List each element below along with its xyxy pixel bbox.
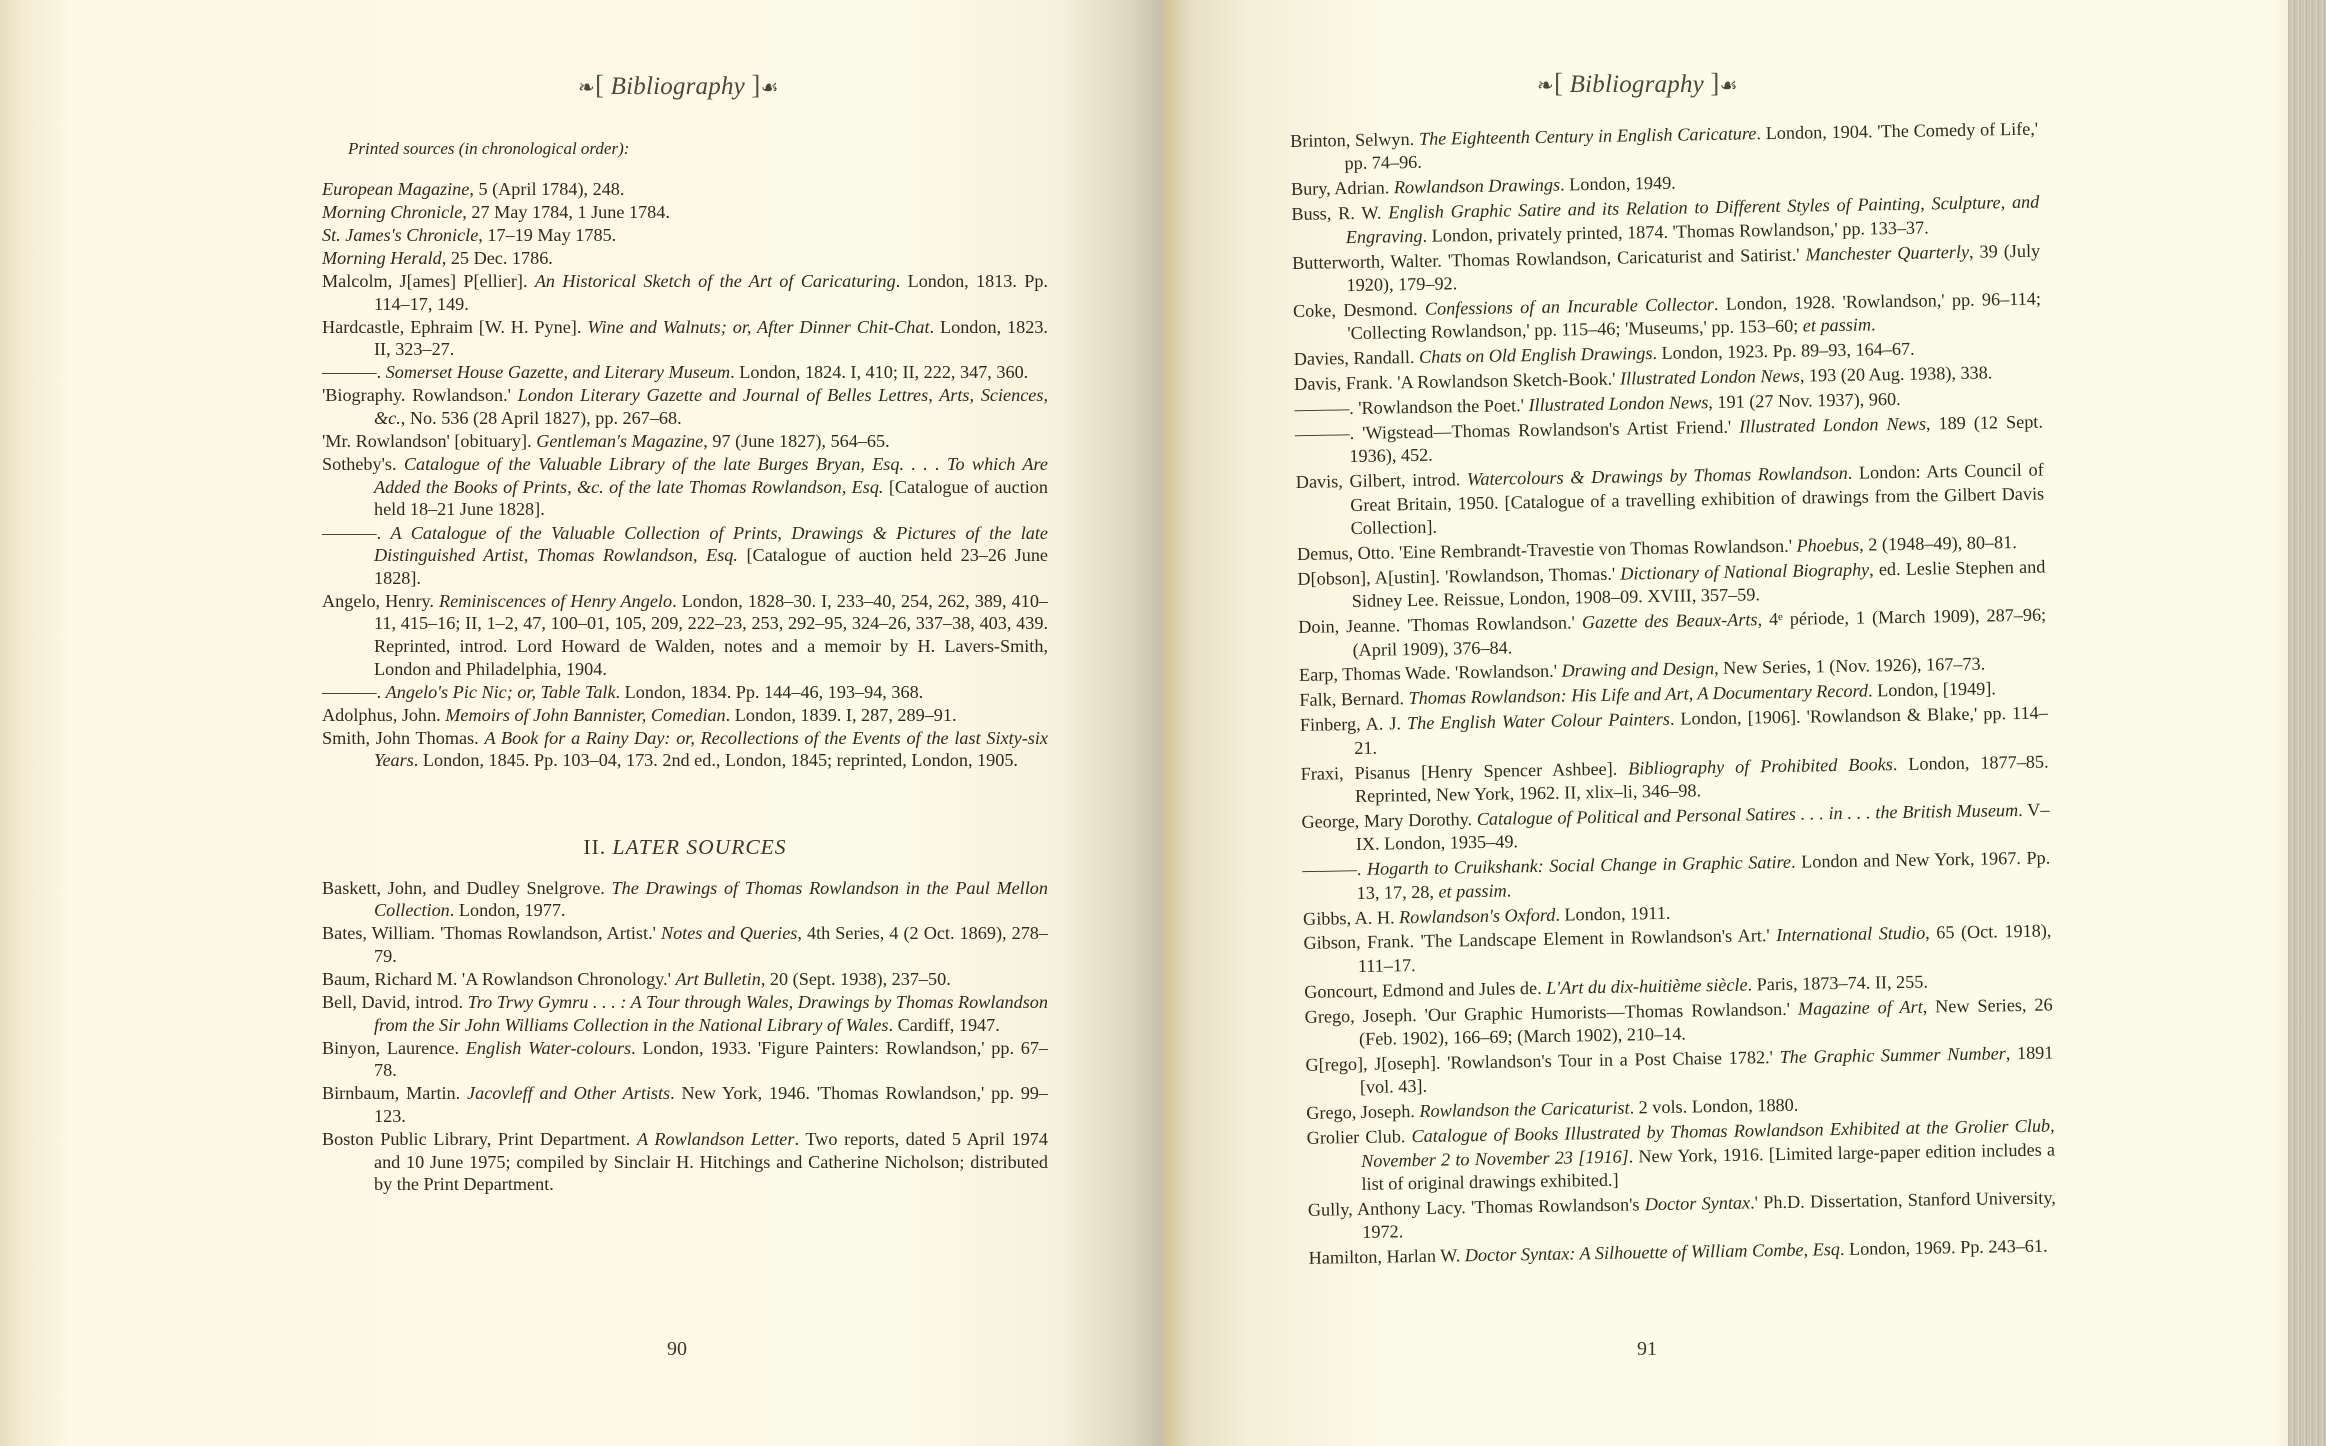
bibliography-entry: European Magazine, 5 (April 1784), 248. [322,178,1048,201]
close-bracket: ] [1710,68,1719,98]
entry-title: Notes and Queries [661,923,797,943]
bibliography-entry: Angelo, Henry. Reminiscences of Henry An… [322,590,1048,680]
running-head-right: ❧[ Bibliography ]☙ [1537,68,1738,99]
entry-details: , 193 (20 Aug. 1938), 338. [1800,362,1993,385]
entry-details: . London, [1949]. [1868,679,1996,701]
entry-details: , 2 (1948–49), 80–81. [1859,532,2017,555]
fleuron-right-icon: ☙ [761,77,779,99]
entry-title: Doctor Syntax [1645,1192,1751,1214]
entry-author: Grolier Club. [1307,1126,1412,1148]
entry-title: Jacovleff and Other Artists [467,1083,670,1103]
entry-author: ———. 'Rowlandson the Poet.' [1294,395,1528,419]
entry-author: Baskett, John, and Dudley Snelgrove. [322,878,612,898]
bibliography-entry: Smith, John Thomas. A Book for a Rainy D… [322,727,1048,772]
bibliography-entry: ———. Somerset House Gazette, and Literar… [322,361,1048,384]
bibliography-entry: ———. Angelo's Pic Nic; or, Table Talk. L… [322,681,1048,704]
entry-author: Gibson, Frank. 'The Landscape Element in… [1303,925,1776,953]
entry-title: Magazine of Art [1798,996,1923,1018]
entry-author: ———. [322,682,386,702]
entry-author: 'Mr. Rowlandson' [obituary]. [322,431,536,451]
entry-details: , 20 (Sept. 1938), 237–50. [761,969,951,989]
entry-details: , 27 May 1784, 1 June 1784. [462,202,670,222]
open-bracket: [ [595,70,604,100]
fleuron-left-icon: ❧ [1537,75,1554,97]
entry-author: Davis, Frank. 'A Rowlandson Sketch-Book.… [1294,369,1620,394]
entry-title: International Studio [1776,923,1925,945]
entry-author: Baum, Richard M. 'A Rowlandson Chronolog… [322,969,675,989]
entry-title: Watercolours & Drawings by Thomas Rowlan… [1467,463,1848,489]
entry-details: . London, 1824. I, 410; II, 222, 347, 36… [730,362,1028,382]
entry-details: . London, 1839. I, 287, 289–91. [726,705,957,725]
bibliography-entry: Baum, Richard M. 'A Rowlandson Chronolog… [322,968,1048,991]
entry-author: Brinton, Selwyn. [1290,129,1419,151]
entry-author: Falk, Bernard. [1299,688,1408,710]
entry-details: , 17–19 May 1785. [478,225,616,245]
entry-author: Earp, Thomas Wade. 'Rowlandson.' [1299,661,1562,685]
running-head-title: Bibliography [611,73,745,100]
entry-title: Phoebus [1796,535,1859,556]
entry-author: Bury, Adrian. [1291,178,1394,200]
bibliography-entry: Morning Chronicle, 27 May 1784, 1 June 1… [322,201,1048,224]
bibliography-entry: 'Mr. Rowlandson' [obituary]. Gentleman's… [322,430,1048,453]
entry-author: ———. 'Wigstead—Thomas Rowlandson's Artis… [1295,416,1739,443]
entry-author: Goncourt, Edmond and Jules de. [1304,978,1546,1002]
entry-author: Finberg, A. J. [1300,713,1407,735]
later-sources-list-continued: Brinton, Selwyn. The Eighteenth Century … [1290,118,2057,1271]
entry-title: The Graphic Summer Number [1779,1043,2006,1067]
entry-title: English Water-colours [466,1038,631,1058]
entry-author: ———. [322,362,386,382]
entry-author: Doin, Jeanne. 'Thomas Rowlandson.' [1298,612,1582,637]
entry-title: The English Water Colour Painters [1407,709,1670,733]
entry-author: Davies, Randall. [1294,347,1420,369]
entry-author: Bates, William. 'Thomas Rowlandson, Arti… [322,923,661,943]
entry-author: Binyon, Laurence. [322,1038,466,1058]
entry-details: , 97 (June 1827), 564–65. [703,431,889,451]
entry-author: ———. [1302,859,1367,880]
bibliography-entry: 'Biography. Rowlandson.' London Literary… [322,384,1048,429]
close-bracket: ] [751,70,760,100]
entry-details: , New Series, 1 (Nov. 1926), 167–73. [1714,654,1985,678]
entry-author: Coke, Desmond. [1293,299,1425,321]
bibliography-entry: Morning Herald, 25 Dec. 1786. [322,247,1048,270]
entry-title: Gazette des Beaux-Arts [1582,609,1758,632]
entry-details: . Cardiff, 1947. [888,1015,999,1035]
entry-title: Manchester Quarterly [1805,241,1969,264]
entry-author: Malcolm, J[ames] P[ellier]. [322,271,535,291]
entry-title: Reminiscences of Henry Angelo [439,591,672,611]
entry-title: Rowlandson the Caricaturist [1419,1098,1629,1121]
entry-title: European Magazine [322,179,469,199]
page-edges [2288,0,2326,1446]
running-head-title: Bibliography [1570,71,1704,98]
entry-title: L'Art du dix-huitième siècle [1546,974,1748,997]
entry-author: Fraxi, Pisanus [Henry Spencer Ashbee]. [1301,758,1629,783]
entry-title: Doctor Syntax: A Silhouette of William C… [1465,1239,1840,1265]
entry-author: Smith, John Thomas. [322,728,484,748]
entry-title: Rowlandson's Oxford [1399,904,1556,927]
entry-author: D[obson], A[ustin]. 'Rowlandson, Thomas.… [1297,563,1620,588]
entry-author: Hardcastle, Ephraim [W. H. Pyne]. [322,317,587,337]
entry-details: . London, 1834. Pp. 144–46, 193–94, 368. [616,682,924,702]
bibliography-entry: ———. A Catalogue of the Valuable Collect… [322,522,1048,590]
printed-sources-list: European Magazine, 5 (April 1784), 248.M… [322,178,1048,772]
entry-author: Gully, Anthony Lacy. 'Thomas Rowlandson'… [1308,1194,1645,1220]
bibliography-entry: Davis, Gilbert, introd. Watercolours & D… [1296,459,2045,542]
bibliography-entry: Adolphus, John. Memoirs of John Banniste… [322,704,1048,727]
bibliography-entry: Bates, William. 'Thomas Rowlandson, Arti… [322,922,1048,967]
entry-title: Illustrated London News [1620,366,1800,389]
bibliography-entry: Birnbaum, Martin. Jacovleff and Other Ar… [322,1082,1048,1127]
entry-details: . London, 1969. Pp. 243–61. [1840,1236,2048,1259]
entry-end: . [1871,315,1876,335]
entry-author: 'Biography. Rowlandson.' [322,385,518,405]
fleuron-left-icon: ❧ [578,77,595,99]
entry-details: . 2 vols. London, 1880. [1629,1095,1798,1118]
entry-title: Art Bulletin [675,969,760,989]
entry-author: Boston Public Library, Print Department. [322,1129,637,1149]
entry-author: ———. [322,523,391,543]
bibliography-entry: St. James's Chronicle, 17–19 May 1785. [322,224,1048,247]
later-sources-list: Baskett, John, and Dudley Snelgrove. The… [322,877,1048,1196]
entry-details: . London, 1949. [1560,173,1676,195]
entry-author: Adolphus, John. [322,705,445,725]
entry-title: Illustrated London News [1739,413,1926,436]
bibliography-entry: Malcolm, J[ames] P[ellier]. An Historica… [322,270,1048,315]
section-number: II. [583,835,612,859]
entry-details: , 25 Dec. 1786. [442,248,553,268]
bibliography-entry: Bell, David, introd. Tro Trwy Gymru . . … [322,991,1048,1036]
entry-title: A Rowlandson Letter [637,1129,794,1149]
entry-details: . London, 1911. [1555,902,1670,924]
entry-end: . [1507,880,1512,900]
entry-author: Birnbaum, Martin. [322,1083,467,1103]
entry-author: Davis, Gilbert, introd. [1296,469,1467,492]
book-spread: ❧[ Bibliography ]☙ Printed sources (in c… [0,0,2326,1446]
entry-details: . London, 1977. [450,900,566,920]
entry-title: St. James's Chronicle [322,225,478,245]
entry-title: Dictionary of National Biography [1620,559,1869,583]
entry-author: Gibbs, A. H. [1303,907,1399,929]
entry-details: . London, 1923. Pp. 89–93, 164–67. [1652,339,1915,363]
entry-author: Sotheby's. [322,454,404,474]
entry-author: Angelo, Henry. [322,591,439,611]
entry-details: . London, 1845. Pp. 103–04, 173. 2nd ed.… [414,750,1018,770]
bibliography-entry: Boston Public Library, Print Department.… [322,1128,1048,1196]
entry-title: Morning Herald [322,248,442,268]
bibliography-entry: Baskett, John, and Dudley Snelgrove. The… [322,877,1048,922]
entry-title: Drawing and Design [1561,658,1714,681]
entry-title: Wine and Walnuts; or, After Dinner Chit-… [587,317,929,337]
entry-title: Rowlandson Drawings [1394,175,1561,198]
entry-title: Somerset House Gazette, and Literary Mus… [386,362,731,382]
bibliography-entry: Hardcastle, Ephraim [W. H. Pyne]. Wine a… [322,316,1048,361]
entry-title: Illustrated London News [1528,392,1708,415]
bibliography-entry: Binyon, Laurence. English Water-colours.… [322,1037,1048,1082]
entry-author: Grego, Joseph. [1306,1101,1419,1123]
entry-details: . Paris, 1873–74. II, 255. [1747,971,1928,994]
entry-author: Hamilton, Harlan W. [1309,1245,1465,1268]
entry-details: , 191 (27 Nov. 1937), 960. [1708,389,1901,412]
entry-title: Hogarth to Cruikshank: Social Change in … [1367,852,1791,879]
entry-title: The Eighteenth Century in English Carica… [1419,123,1757,149]
left-page: ❧[ Bibliography ]☙ Printed sources (in c… [0,0,1170,1446]
page-number-left: 90 [667,1338,687,1361]
bibliography-entry: Sotheby's. Catalogue of the Valuable Lib… [322,453,1048,521]
entry-author: Buss, R. W. [1291,203,1388,225]
entry-italic-note: et passim [1803,315,1872,336]
entry-details: . London, privately printed, 1874. 'Thom… [1422,217,1928,245]
entry-author: George, Mary Dorothy. [1301,809,1477,832]
entry-title: Chats on Old English Drawings [1419,343,1653,367]
bibliography-entry: Grolier Club. Catalogue of Books Illustr… [1307,1115,2056,1198]
running-head-left: ❧[ Bibliography ]☙ [578,70,779,101]
page-number-right: 91 [1637,1338,1657,1361]
section-heading: II. LATER SOURCES [322,836,1048,859]
entry-italic-note: et passim [1438,880,1507,901]
entry-title: Bibliography of Prohibited Books [1628,754,1893,778]
entry-title: Angelo's Pic Nic; or, Table Talk [386,682,616,702]
fleuron-right-icon: ☙ [1720,75,1738,97]
entry-title: Gentleman's Magazine [536,431,703,451]
entry-title: Morning Chronicle [322,202,462,222]
right-page-text: Brinton, Selwyn. The Eighteenth Century … [1290,118,2057,1272]
open-bracket: [ [1554,68,1563,98]
entry-details: , No. 536 (28 April 1827), pp. 267–68. [401,408,682,428]
left-page-text: Printed sources (in chronological order)… [322,138,1048,1196]
entry-author: Bell, David, introd. [322,992,468,1012]
entry-title: Thomas Rowlandson: His Life and Art, A D… [1408,681,1868,709]
entry-title: Confessions of an Incurable Collector [1425,294,1714,319]
printed-sources-intro: Printed sources (in chronological order)… [348,138,1048,161]
entry-title: Memoirs of John Bannister, Comedian [445,705,725,725]
section-title: LATER SOURCES [613,835,787,859]
entry-details: , 5 (April 1784), 248. [469,179,624,199]
entry-title: An Historical Sketch of the Art of Caric… [535,271,896,291]
